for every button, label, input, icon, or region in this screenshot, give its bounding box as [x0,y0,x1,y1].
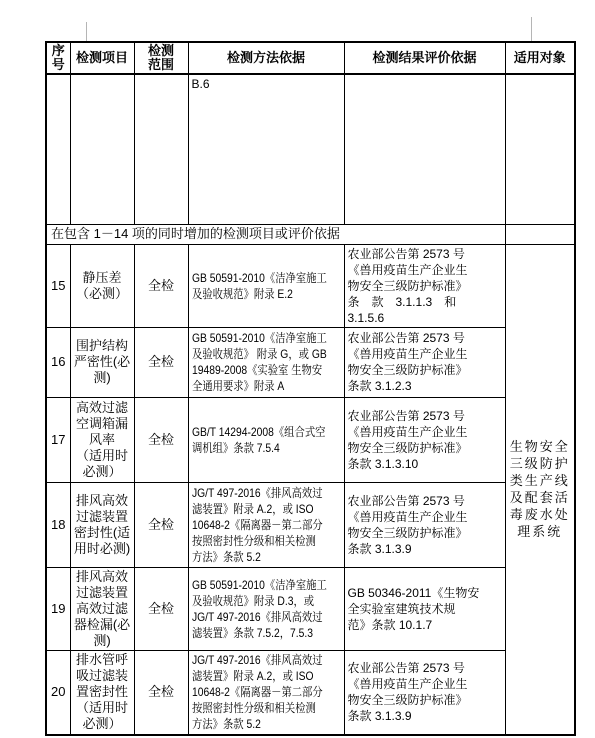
cell-eval: 农业部公告第 2573 号 《兽用疫苗生产企业生 物安全三级防护标准》 条款 3… [344,327,505,397]
cell-eval-empty [344,74,505,224]
cell-scope: 全检 [134,650,188,735]
header-item: 检测项目 [70,42,134,74]
table-row-19: 19 排风高效 过滤装置 高效过滤 器检漏(必 测) 全检 GB 50591-2… [46,567,575,650]
cell-eval: 农业部公告第 2573 号 《兽用疫苗生产企业生 物安全三级防护标准》 条款 3… [344,650,505,735]
section-divider-row: 在包含 1－14 项的同时增加的检测项目或评价依据 [46,224,575,244]
header-no: 序 号 [46,42,70,74]
table-row-18: 18 排风高效 过滤装置 密封性(适 用时必测) 全检 JG/T 497-201… [46,482,575,567]
cell-scope-empty [134,74,188,224]
section-note: 在包含 1－14 项的同时增加的检测项目或评价依据 [46,224,505,244]
cell-item: 静压差 （必测） [70,244,134,327]
cell-eval: 农业部公告第 2573 号 《兽用疫苗生产企业生 物安全三级防护标准》 条款 3… [344,482,505,567]
section-row-last-cell [505,224,575,244]
inspection-items-table: 序 号 检测项目 检测 范围 检测方法依据 检测结果评价依据 适用对象 B.6 … [45,41,576,736]
table-row-17: 17 高效过滤 空调箱漏 风率 （适用时 必测） 全检 GB/T 14294-2… [46,397,575,482]
cell-method: GB 50591-2010《洁净室施工 及验收规范》附录 D.3，或 JG/T … [188,567,344,650]
table-row-15: 15 静压差 （必测） 全检 GB 50591-2010《洁净室施工 及验收规范… [46,244,575,327]
cell-item: 排风高效 过滤装置 密封性(适 用时必测) [70,482,134,567]
cell-item-empty [70,74,134,224]
cell-no: 19 [46,567,70,650]
cell-scope: 全检 [134,244,188,327]
method-text: GB 50591-2010《洁净室施工 及验收规范》附录 E.2 [192,270,340,302]
continuation-row: B.6 [46,74,575,224]
gridline-marker-right [531,17,532,41]
cell-no-empty [46,74,70,224]
table-row-16: 16 围护结构 严密性(必 测) 全检 GB 50591-2010《洁净室施工 … [46,327,575,397]
cell-item: 排水管呼 吸过滤装 置密封性 （适用时 必测） [70,650,134,735]
method-text: GB 50591-2010《洁净室施工 及验收规范》 附录 G，或 GB 194… [192,330,340,394]
cell-scope: 全检 [134,327,188,397]
gridline-marker-left [86,22,87,41]
method-text: GB/T 14294-2008《组合式空 调机组》条款 7.5.4 [192,424,340,456]
cell-method: GB 50591-2010《洁净室施工 及验收规范》 附录 G，或 GB 194… [188,327,344,397]
cell-method: JG/T 497-2016《排风高效过 滤装置》附录 A.2，或 ISO 106… [188,650,344,735]
method-text: JG/T 497-2016《排风高效过 滤装置》附录 A.2，或 ISO 106… [192,485,340,565]
table-row-20: 20 排水管呼 吸过滤装 置密封性 （适用时 必测） 全检 JG/T 497-2… [46,650,575,735]
cell-scope: 全检 [134,397,188,482]
cell-eval: GB 50346-2011《生物安 全实验室建筑技术规 范》条款 10.1.7 [344,567,505,650]
cell-applicable-object: 生物安全 三级防护 类生产线 及配套活 毒废水处 理系统 [505,244,575,735]
cell-item: 围护结构 严密性(必 测) [70,327,134,397]
header-applicable: 适用对象 [505,42,575,74]
cell-method: GB 50591-2010《洁净室施工 及验收规范》附录 E.2 [188,244,344,327]
cell-no: 16 [46,327,70,397]
cell-scope: 全检 [134,482,188,567]
cell-method: GB/T 14294-2008《组合式空 调机组》条款 7.5.4 [188,397,344,482]
cell-no: 20 [46,650,70,735]
cell-method: JG/T 497-2016《排风高效过 滤装置》附录 A.2，或 ISO 106… [188,482,344,567]
cell-eval: 农业部公告第 2573 号 《兽用疫苗生产企业生 物安全三级防护标准》 条款 3… [344,397,505,482]
cell-scope: 全检 [134,567,188,650]
cell-method-continuation: B.6 [188,74,344,224]
header-method: 检测方法依据 [188,42,344,74]
cell-item: 高效过滤 空调箱漏 风率 （适用时 必测） [70,397,134,482]
cell-no: 17 [46,397,70,482]
cell-eval: 农业部公告第 2573 号 《兽用疫苗生产企业生 物安全三级防护标准》 条 款 … [344,244,505,327]
header-scope: 检测 范围 [134,42,188,74]
cell-applicable-empty [505,74,575,224]
header-eval: 检测结果评价依据 [344,42,505,74]
method-text: JG/T 497-2016《排风高效过 滤装置》附录 A.2，或 ISO 106… [192,652,340,732]
table-header-row: 序 号 检测项目 检测 范围 检测方法依据 检测结果评价依据 适用对象 [46,42,575,74]
method-text: GB 50591-2010《洁净室施工 及验收规范》附录 D.3，或 JG/T … [192,577,340,641]
cell-no: 15 [46,244,70,327]
cell-no: 18 [46,482,70,567]
cell-item: 排风高效 过滤装置 高效过滤 器检漏(必 测) [70,567,134,650]
